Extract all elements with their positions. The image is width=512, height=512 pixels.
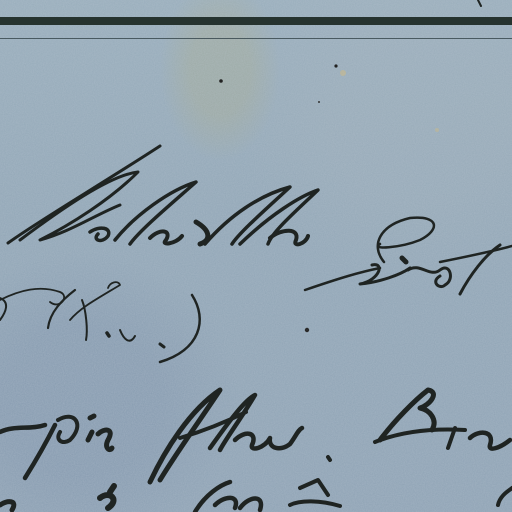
word-lindt [305, 218, 512, 294]
ink-mark [478, 0, 481, 6]
word-line-rpis-flav [0, 390, 510, 482]
handwriting [0, 0, 512, 512]
annotation-kv [0, 282, 200, 362]
word-melilla [8, 146, 318, 244]
word-line-partial [0, 480, 512, 512]
manuscript-sheet: Melilla Lindt. (K.v.) rpis flav. Ki a ..… [0, 0, 512, 512]
